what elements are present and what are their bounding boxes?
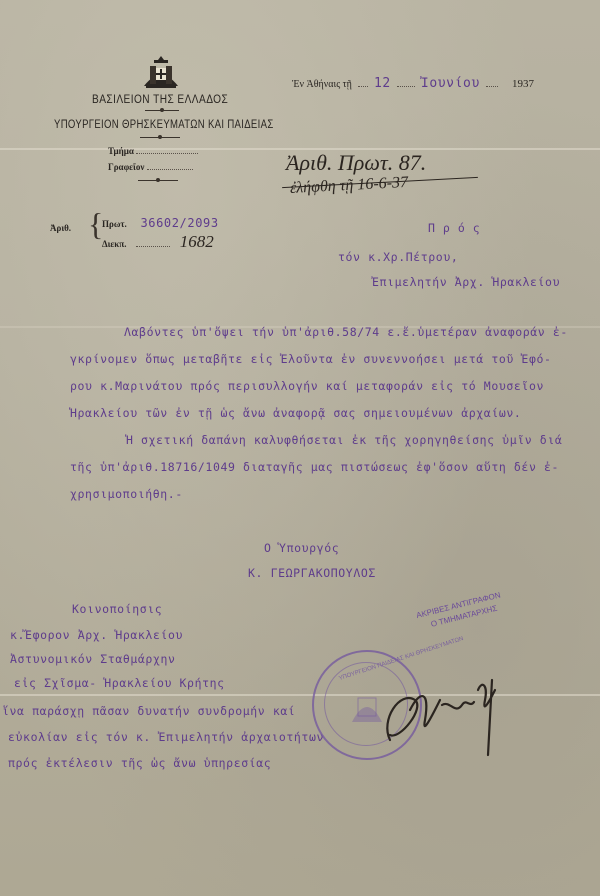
dateline-prefix: Ἐν Ἀθήναις τῇ (292, 79, 352, 90)
cc-line: εἰς Σχῖσμα- Ἡρακλείου Κρήτης (14, 676, 225, 690)
body-line: χρησιμοποιήθη.- (70, 487, 183, 501)
recipient-name: τόν κ.Χρ.Πέτρου, (338, 250, 458, 264)
body-line: Ἡ σχετική δαπάνη καλυφθήσεται ἐκ τῆς χορ… (126, 433, 562, 447)
signatory-name: Κ. ΓΕΩΡΓΑΚΟΠΟΥΛΟΣ (248, 566, 376, 580)
certified-copy-stamp: ΑΚΡΙΒΕΣ ΑΝΤΙΓΡΑΦΟΝ Ο ΤΜΗΜΑΤΑΡΧΗΣ (415, 589, 505, 633)
cc-line: εὐκολίαν εἰς τόν κ. Ἐπιμελητήν ἀρχαιοτήτ… (8, 730, 324, 744)
section-field: Τμήμα (108, 146, 198, 156)
date-year: 1937 (512, 78, 534, 90)
body-line: ρου κ.Μαρινάτου πρός περισυλλογήν καί με… (70, 379, 544, 393)
section-label: Τμήμα (108, 146, 134, 156)
reference-label: Ἀριθ. (50, 223, 71, 233)
dispatch-number-field: Διεκπ. 1682 (102, 232, 214, 252)
cc-line: ἵνα παράσχῃ πᾶσαν δυνατήν συνδρομήν καί (2, 704, 295, 718)
cc-line: πρός ἐκτέλεσιν τῆς ὡς ἄνω ὑπηρεσίας (8, 756, 271, 770)
handwritten-protocol-note: Ἀριθ. Πρωτ. 87. (286, 150, 426, 176)
body-line: Λαβόντες ὑπ'ὄψει τήν ὑπ'ἀριθ.58/74 ε.ἔ.ὑ… (124, 325, 568, 339)
ornament-dot (160, 108, 164, 112)
document-page: ΒΑΣΙΛΕΙΟΝ ΤΗΣ ΕΛΛΑΔΟΣ ΥΠΟΥΡΓΕΙΟΝ ΘΡΗΣΚΕΥ… (0, 0, 600, 896)
office-blank (147, 169, 193, 170)
protocol-number-field: Πρωτ. 36602/2093 (102, 212, 219, 231)
cc-line: Ἀστυνομικόν Σταθμάρχην (10, 652, 176, 666)
dateline: Ἐν Ἀθήναις τῇ 12 Ἰουνίου 1937 (292, 76, 534, 91)
handwritten-received-date: ἐλήφθη τῇ 16-6-37 (290, 174, 409, 198)
date-month: Ἰουνίου (421, 76, 480, 91)
section-blank (136, 153, 198, 154)
office-field: Γραφεῖον (108, 162, 193, 172)
dotted-leader (486, 86, 498, 87)
office-label: Γραφεῖον (108, 162, 144, 172)
cc-heading: Κοινοποίησις (72, 602, 162, 616)
protocol-label: Πρωτ. (102, 219, 127, 229)
body-line: τῆς ὑπ'ἀριθ.18716/1049 διαταγῆς μας πιστ… (70, 460, 559, 474)
recipient-to: Πρός (428, 221, 488, 235)
protocol-number: 36602/2093 (140, 216, 218, 230)
body-line: Ἡρακλείου τῶν ἐν τῇ ὡς ἄνω ἀναφορᾷ σας σ… (70, 406, 521, 420)
body-line: γκρίνομεν ὅπως μεταβῆτε εἰς Ἐλοῦντα ἐν σ… (70, 352, 552, 366)
royal-coat-of-arms-icon (140, 54, 182, 90)
kingdom-heading: ΒΑΣΙΛΕΙΟΝ ΤΗΣ ΕΛΛΑΔΟΣ (92, 94, 228, 106)
signatory-role: Ο Ὑπουργός (264, 541, 339, 555)
dispatch-number: 1682 (180, 232, 214, 251)
dispatch-label: Διεκπ. (102, 239, 126, 249)
cc-line: κ.Ἔφορον Ἀρχ. Ἡρακλείου (10, 628, 183, 642)
ministry-heading: ΥΠΟΥΡΓΕΙΟΝ ΘΡΗΣΚΕΥΜΑΤΩΝ ΚΑΙ ΠΑΙΔΕΙΑΣ (54, 119, 274, 131)
dotted-leader (136, 246, 170, 247)
handwritten-signature (370, 660, 520, 760)
date-day: 12 (374, 76, 391, 91)
recipient-title: Ἐπιμελητήν Ἀρχ. Ἡρακλείου (372, 275, 560, 289)
ornament-dot (156, 178, 160, 182)
dotted-leader (397, 86, 415, 87)
dotted-leader (358, 86, 368, 87)
ornament-dot (158, 135, 162, 139)
